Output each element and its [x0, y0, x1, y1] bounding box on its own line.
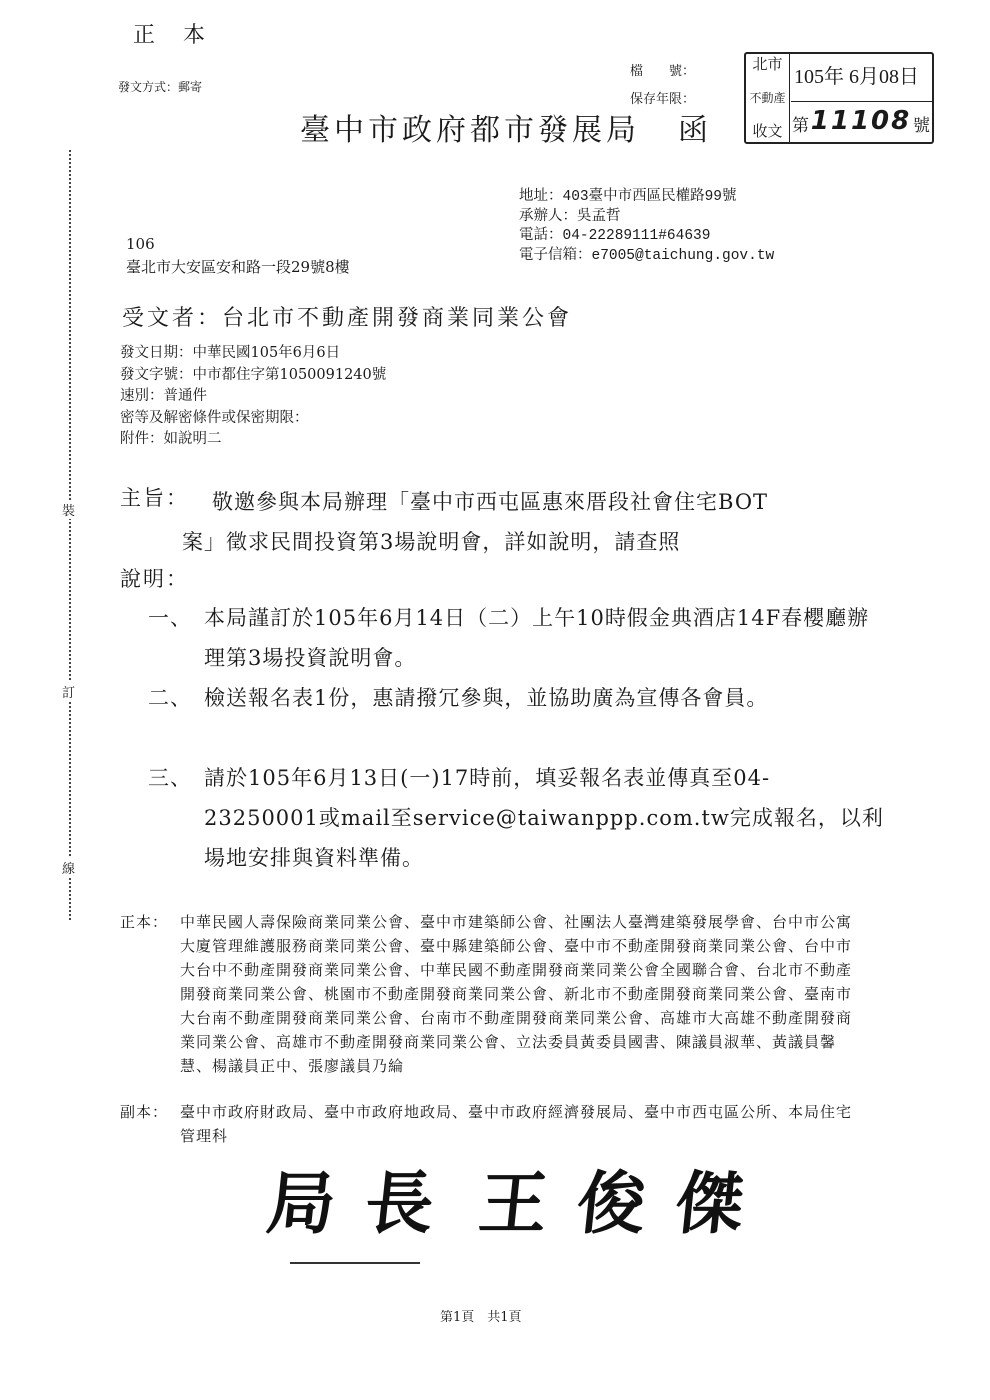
page-number: 第1頁 共1頁 — [440, 1306, 522, 1325]
stamp-org-mid: 不動產 — [749, 92, 785, 104]
stamp-number-prefix: 第 — [792, 111, 809, 136]
issue-date: 發文日期：中華民國105年6月6日 — [120, 343, 386, 365]
distribution-copy-label: 副本： — [120, 1100, 180, 1124]
item-number: 二、 — [148, 678, 204, 718]
document-type: 函 — [678, 113, 712, 148]
subject-label: 主旨： — [120, 482, 189, 512]
explanation-item: 三、請於105年6月13日(一)17時前，填妥報名表並傳真至04-2325000… — [148, 758, 884, 878]
stamp-divider — [791, 101, 932, 102]
urgency: 速別：普通件 — [120, 386, 386, 408]
document-meta: 發文日期：中華民國105年6月6日 發文字號：中市都住字第1050091240號… — [120, 343, 386, 451]
recipient-address: 臺北市大安區安和路一段29號8樓 — [126, 256, 350, 277]
signature-name: 王俊傑 — [475, 1164, 777, 1244]
receipt-stamp: 北市 不動產 收文 105年 6月08日 第 11108 號 — [744, 52, 934, 144]
distribution-copy: 副本：臺中市政府財政局、臺中市政府地政局、臺中市政府經濟發展局、臺中市西屯區公所… — [120, 1100, 860, 1148]
item-number: 一、 — [148, 598, 204, 638]
explanation-item: 二、檢送報名表1份，惠請撥冗參與，並協助廣為宣傳各會員。 — [148, 678, 884, 718]
explanation-item: 一、本局謹訂於105年6月14日（二）上午10時假金典酒店14F春櫻廳辦理第3場… — [148, 598, 884, 678]
email-address: 電子信箱：e7005@taichung.gov.tw — [519, 247, 774, 267]
distribution-copy-list: 臺中市政府財政局、臺中市政府地政局、臺中市政府經濟發展局、臺中市西屯區公所、本局… — [180, 1100, 860, 1148]
item-number: 三、 — [148, 758, 204, 798]
document-number: 發文字號：中市都住字第1050091240號 — [120, 365, 386, 387]
binding-dotted-line — [69, 150, 71, 920]
explanation-label: 說明： — [120, 563, 189, 593]
distribution-main-label: 正本： — [120, 910, 180, 934]
copy-type: 正本 — [133, 18, 233, 49]
document-title: 臺中市政府都市發展局函 — [300, 105, 712, 149]
send-method: 發文方式：郵寄 — [118, 78, 202, 95]
stamp-org-top: 北市 — [752, 57, 782, 72]
handler-name: 承辦人：吳孟哲 — [519, 208, 774, 228]
sender-contact-block: 地址：403臺中市西區民權路99號 承辦人：吳孟哲 電話：04-22289111… — [519, 188, 774, 266]
subject-text: 敬邀參與本局辦理「臺中市西屯區惠來厝段社會住宅BOT 案」徵求民間投資第3場說明… — [212, 482, 892, 562]
recipient-zip: 106 — [126, 235, 155, 253]
binding-mark-ding: 訂 — [62, 682, 75, 701]
distribution-main: 正本：中華民國人壽保險商業同業公會、臺中市建築師公會、社團法人臺灣建築發展學會、… — [120, 910, 860, 1078]
organization-name: 臺中市政府都市發展局 — [300, 113, 640, 148]
subject-line-2: 案」徵求民間投資第3場說明會，詳如說明，請查照 — [210, 522, 892, 562]
phone-number: 電話：04-22289111#64639 — [519, 227, 774, 247]
sender-address: 地址：403臺中市西區民權路99號 — [519, 188, 774, 208]
stamp-number-value: 11108 — [811, 106, 911, 136]
file-number-label: 檔 號： — [630, 60, 695, 79]
receiver: 受文者：台北市不動產開發商業同業公會 — [122, 301, 572, 332]
signature: 局長王俊傑 — [263, 1150, 779, 1247]
signature-underline — [290, 1262, 420, 1264]
stamp-number: 第 11108 號 — [792, 106, 930, 136]
binding-mark-xian: 線 — [62, 858, 75, 877]
item-text: 請於105年6月13日(一)17時前，填妥報名表並傳真至04-23250001或… — [204, 758, 884, 878]
stamp-number-suffix: 號 — [913, 111, 930, 136]
attachment: 附件：如說明二 — [120, 429, 386, 451]
item-text: 檢送報名表1份，惠請撥冗參與，並協助廣為宣傳各會員。 — [204, 678, 884, 718]
confidentiality: 密等及解密條件或保密期限： — [120, 408, 386, 430]
binding-mark-zhuang: 裝 — [62, 500, 75, 519]
stamp-date: 105年 6月08日 — [794, 60, 919, 89]
signature-title: 局長 — [263, 1164, 467, 1244]
distribution-main-list: 中華民國人壽保險商業同業公會、臺中市建築師公會、社團法人臺灣建築發展學會、台中市… — [180, 910, 860, 1078]
stamp-org-bottom: 收文 — [752, 124, 782, 139]
subject-line-1: 敬邀參與本局辦理「臺中市西屯區惠來厝段社會住宅BOT — [212, 482, 892, 522]
stamp-org: 北市 不動產 收文 — [746, 54, 790, 142]
item-text: 本局謹訂於105年6月14日（二）上午10時假金典酒店14F春櫻廳辦理第3場投資… — [204, 598, 884, 678]
